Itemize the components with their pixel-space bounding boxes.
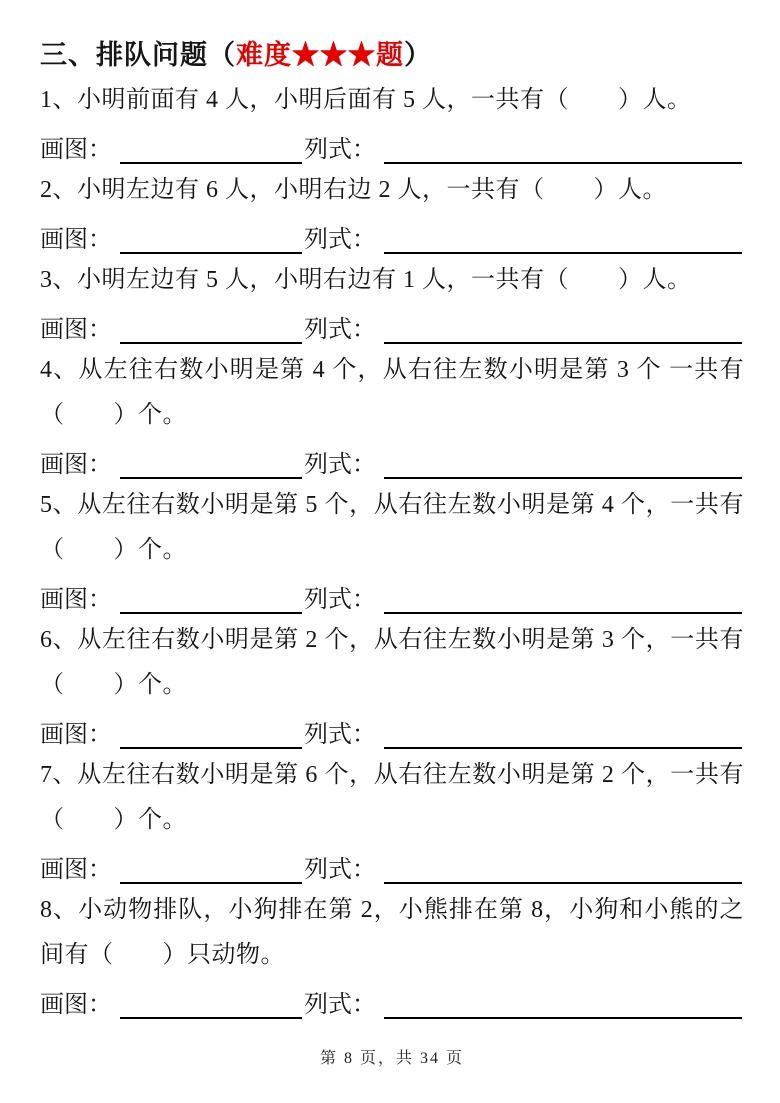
drawing-label: 画图： (40, 852, 112, 888)
difficulty-highlight: 难度★★★题 (236, 40, 404, 70)
formula-blank-line (384, 134, 742, 164)
answer-row: 画图： 列式： (40, 573, 744, 618)
formula-blank-line (384, 449, 742, 479)
drawing-blank-line (120, 224, 302, 254)
question-7: 7、从左往右数小明是第 6 个，从右往左数小明是第 2 个，一共有（ ）个。 画… (40, 753, 744, 888)
section-title-prefix: 三、排队问题（ (40, 40, 236, 70)
drawing-blank-line (120, 854, 302, 884)
page-number: 第 8 页，共 34 页 (320, 1050, 464, 1067)
drawing-label: 画图： (40, 717, 112, 753)
question-text: 7、从左往右数小明是第 6 个，从右往左数小明是第 2 个，一共有（ ）个。 (40, 753, 744, 843)
question-6: 6、从左往右数小明是第 2 个，从右往左数小明是第 3 个，一共有（ ）个。 画… (40, 618, 744, 753)
drawing-label: 画图： (40, 582, 112, 618)
question-text: 6、从左往右数小明是第 2 个，从右往左数小明是第 3 个，一共有（ ）个。 (40, 618, 744, 708)
drawing-blank-line (120, 314, 302, 344)
formula-label: 列式： (304, 312, 376, 348)
formula-label: 列式： (304, 222, 376, 258)
formula-blank-line (384, 224, 742, 254)
page-footer: 第 8 页，共 34 页 (40, 1045, 744, 1068)
formula-label: 列式： (304, 717, 376, 753)
question-1: 1、小明前面有 4 人，小明后面有 5 人，一共有（ ）人。 画图： 列式： (40, 78, 744, 168)
formula-blank-line (384, 989, 742, 1019)
answer-row: 画图： 列式： (40, 843, 744, 888)
drawing-label: 画图： (40, 222, 112, 258)
answer-row: 画图： 列式： (40, 978, 744, 1023)
question-text: 1、小明前面有 4 人，小明后面有 5 人，一共有（ ）人。 (40, 78, 744, 123)
question-text: 8、小动物排队，小狗排在第 2，小熊排在第 8，小狗和小熊的之间有（ ）只动物。 (40, 888, 744, 978)
drawing-blank-line (120, 584, 302, 614)
drawing-blank-line (120, 989, 302, 1019)
question-8: 8、小动物排队，小狗排在第 2，小熊排在第 8，小狗和小熊的之间有（ ）只动物。… (40, 888, 744, 1023)
formula-label: 列式： (304, 447, 376, 483)
drawing-blank-line (120, 719, 302, 749)
formula-label: 列式： (304, 852, 376, 888)
formula-blank-line (384, 854, 742, 884)
formula-blank-line (384, 719, 742, 749)
section-title-suffix: ） (404, 40, 432, 70)
question-4: 4、从左往右数小明是第 4 个，从右往左数小明是第 3 个 一共有（ ）个。 画… (40, 348, 744, 483)
section-title: 三、排队问题（难度★★★题） (40, 32, 744, 78)
drawing-label: 画图： (40, 312, 112, 348)
worksheet-page: 三、排队问题（难度★★★题） 1、小明前面有 4 人，小明后面有 5 人，一共有… (0, 0, 780, 1103)
formula-label: 列式： (304, 582, 376, 618)
question-text: 3、小明左边有 5 人，小明右边有 1 人，一共有（ ）人。 (40, 258, 744, 303)
drawing-blank-line (120, 449, 302, 479)
drawing-label: 画图： (40, 447, 112, 483)
question-text: 5、从左往右数小明是第 5 个，从右往左数小明是第 4 个，一共有（ ）个。 (40, 483, 744, 573)
answer-row: 画图： 列式： (40, 123, 744, 168)
question-text: 4、从左往右数小明是第 4 个，从右往左数小明是第 3 个 一共有（ ）个。 (40, 348, 744, 438)
question-2: 2、小明左边有 6 人，小明右边 2 人，一共有（ ）人。 画图： 列式： (40, 168, 744, 258)
answer-row: 画图： 列式： (40, 708, 744, 753)
drawing-label: 画图： (40, 132, 112, 168)
drawing-label: 画图： (40, 987, 112, 1023)
drawing-blank-line (120, 134, 302, 164)
formula-label: 列式： (304, 132, 376, 168)
formula-blank-line (384, 584, 742, 614)
question-5: 5、从左往右数小明是第 5 个，从右往左数小明是第 4 个，一共有（ ）个。 画… (40, 483, 744, 618)
formula-label: 列式： (304, 987, 376, 1023)
question-3: 3、小明左边有 5 人，小明右边有 1 人，一共有（ ）人。 画图： 列式： (40, 258, 744, 348)
answer-row: 画图： 列式： (40, 303, 744, 348)
question-text: 2、小明左边有 6 人，小明右边 2 人，一共有（ ）人。 (40, 168, 744, 213)
formula-blank-line (384, 314, 742, 344)
answer-row: 画图： 列式： (40, 213, 744, 258)
answer-row: 画图： 列式： (40, 438, 744, 483)
